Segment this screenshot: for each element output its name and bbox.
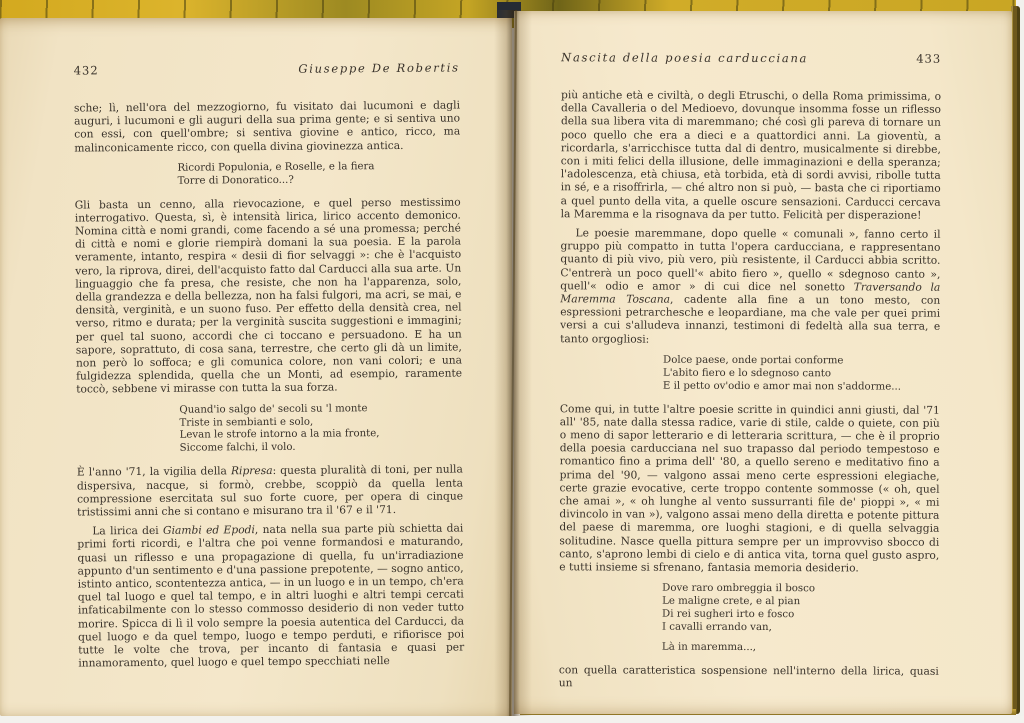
italic-title: Ripresa <box>231 464 273 477</box>
page-left-body: sche; lì, nell'ora del mezzogiorno, fu v… <box>74 98 464 669</box>
verse-line: I cavalli errando van, <box>662 622 939 636</box>
paragraph-text: sche; lì, nell'ora del mezzogiorno, fu v… <box>74 98 460 154</box>
verse-line: Le maligne crete, e al pian <box>662 596 939 610</box>
paragraph-text: È l'anno '71, la vigilia della <box>77 465 231 479</box>
page-left-header-row: 432 Giuseppe De Robertis <box>74 60 460 77</box>
book-cover-right-edge <box>1011 6 1020 714</box>
scan-background <box>0 716 1024 723</box>
paragraph: Come qui, in tutte l'altre poesie scritt… <box>559 402 940 575</box>
scanned-book-spread: 432 Giuseppe De Robertis sche; lì, nell'… <box>0 0 1024 723</box>
paragraph: sche; lì, nell'ora del mezzogiorno, fu v… <box>74 98 460 154</box>
italic-title: Giambi ed Epodi <box>163 523 255 537</box>
running-header-left: Giuseppe De Robertis <box>298 60 459 75</box>
paragraph: più antiche età e civiltà, o degli Etrus… <box>561 88 942 221</box>
paragraph-text: Gli basta un cenno, alla rievocazione, e… <box>75 195 462 396</box>
verse-line: Di rei sugheri irto e fosco <box>662 609 939 623</box>
verse-line: Dolce paese, onde portai conforme <box>663 355 940 369</box>
paragraph: È l'anno '71, la vigilia della Ripresa: … <box>77 463 463 519</box>
page-number-left: 432 <box>74 63 99 77</box>
page-right-header-row: Nascita della poesia carducciana 433 <box>561 50 941 65</box>
page-left: 432 Giuseppe De Robertis sche; lì, nell'… <box>0 18 512 716</box>
paragraph-text: con quella caratteristica sospensione ne… <box>559 663 939 689</box>
paragraph: Gli basta un cenno, alla rievocazione, e… <box>75 195 463 396</box>
verse-line: Torre di Donoratico...? <box>178 173 461 188</box>
paragraph-text: più antiche età e civiltà, o degli Etrus… <box>561 88 942 221</box>
paragraph-text: La lirica dei <box>92 524 163 538</box>
running-header-right: Nascita della poesia carducciana <box>561 50 808 65</box>
page-right-body: più antiche età e civiltà, o degli Etrus… <box>559 88 941 691</box>
verse-quote: Dolce paese, onde portai conforme L'abit… <box>663 355 940 395</box>
verse-quote: Ricordi Populonia, e Roselle, e la fiera… <box>177 160 460 188</box>
page-left-content: 432 Giuseppe De Robertis sche; lì, nell'… <box>74 60 465 669</box>
paragraph: Le poesie maremmane, dopo quelle « comun… <box>560 226 940 346</box>
page-number-right: 433 <box>916 52 941 66</box>
verse-quote: Quand'io salgo de' secoli su 'l monte Tr… <box>179 402 462 456</box>
verse-line: Siccome falchi, il volo. <box>180 441 463 456</box>
verse-quote: Dove raro ombreggia il bosco Le maligne … <box>662 583 939 656</box>
verse-line: E il petto ov'odio e amor mai non s'addo… <box>663 380 940 394</box>
page-right: Nascita della poesia carducciana 433 più… <box>514 11 1012 714</box>
verse-line: Dove raro ombreggia il bosco <box>662 583 939 597</box>
paragraph-text: , nata nella sua parte più schietta dai … <box>77 522 464 670</box>
verse-line: Là in maremma..., <box>662 642 939 656</box>
verse-line: L'abito fiero e lo sdegnoso canto <box>663 367 940 381</box>
paragraph-text: Come qui, in tutte l'altre poesie scritt… <box>559 402 940 575</box>
paragraph: La lirica dei Giambi ed Epodi, nata nell… <box>77 522 464 670</box>
paragraph: con quella caratteristica sospensione ne… <box>559 663 939 691</box>
page-right-content: Nascita della poesia carducciana 433 più… <box>559 50 941 691</box>
